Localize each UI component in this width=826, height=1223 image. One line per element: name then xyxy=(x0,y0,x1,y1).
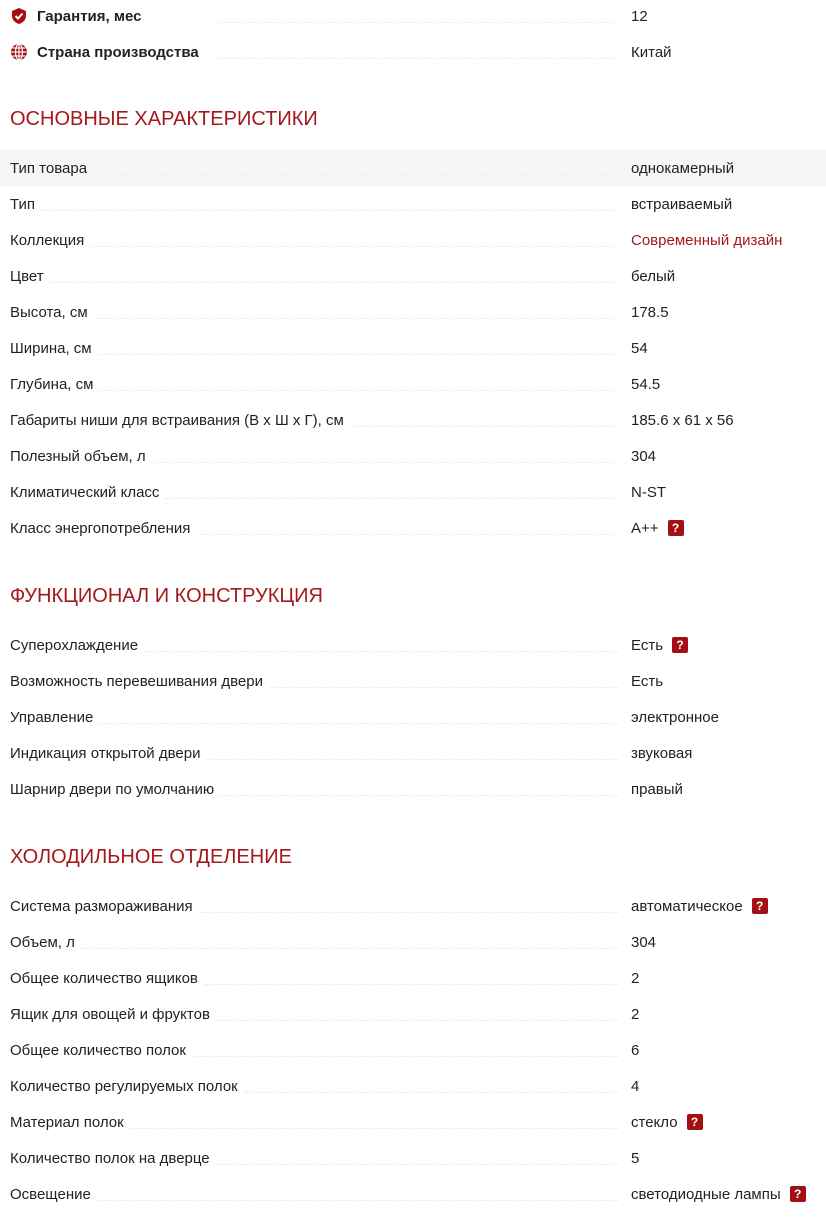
spec-label: Общее количество полок xyxy=(10,1042,192,1059)
dotted-leader xyxy=(10,354,618,355)
spec-value: 304 xyxy=(631,934,656,951)
spec-label: Ширина, см xyxy=(10,340,98,357)
spec-value: 54.5 xyxy=(631,376,660,393)
dotted-leader xyxy=(10,174,618,175)
help-icon[interactable]: ? xyxy=(790,1186,806,1202)
spec-row: Полезный объем, л304 xyxy=(0,438,826,474)
spec-value: Есть xyxy=(631,637,663,654)
spec-row: КоллекцияСовременный дизайн xyxy=(0,222,826,258)
spec-label: Система размораживания xyxy=(10,898,199,915)
spec-row: Габариты ниши для встраивания (В х Ш х Г… xyxy=(0,402,826,438)
spec-label: Количество регулируемых полок xyxy=(10,1078,244,1095)
dotted-leader xyxy=(10,390,618,391)
dotted-leader xyxy=(10,246,618,247)
spec-value: 185.6 x 61 x 56 xyxy=(631,412,734,429)
spec-value: 4 xyxy=(631,1078,639,1095)
spec-row: Типвстраиваемый xyxy=(0,186,826,222)
spec-label: Климатический класс xyxy=(10,484,165,501)
spec-value: 178.5 xyxy=(631,304,669,321)
globe-icon xyxy=(10,43,28,61)
dotted-leader xyxy=(10,318,618,319)
spec-label: Тип товара xyxy=(10,160,93,177)
spec-row: Ширина, см54 xyxy=(0,330,826,366)
spec-value-with-help: стекло? xyxy=(631,1114,703,1131)
section-function: ФУНКЦИОНАЛ И КОНСТРУКЦИЯ xyxy=(0,581,826,611)
help-icon[interactable]: ? xyxy=(752,898,768,914)
spec-row: Материал полокстекло? xyxy=(0,1104,826,1140)
spec-value: Китай xyxy=(631,44,672,61)
spec-value-with-help: автоматическое? xyxy=(631,898,768,915)
section-title: ХОЛОДИЛЬНОЕ ОТДЕЛЕНИЕ xyxy=(0,842,826,872)
spec-label: Количество полок на дверце xyxy=(10,1150,216,1167)
spec-label: Управление xyxy=(10,709,99,726)
spec-label: Цвет xyxy=(10,268,50,285)
spec-value: автоматическое xyxy=(631,898,743,915)
spec-value: стекло xyxy=(631,1114,678,1131)
spec-row: Управлениеэлектронное xyxy=(0,699,826,735)
dotted-leader xyxy=(10,948,618,949)
spec-value: A++ xyxy=(631,520,659,537)
spec-label: Суперохлаждение xyxy=(10,637,144,654)
spec-value-with-help: светодиодные лампы? xyxy=(631,1186,806,1203)
section-function-rows: СуперохлаждениеЕсть? Возможность перевеш… xyxy=(0,627,826,807)
dotted-leader xyxy=(10,723,618,724)
spec-row: Шарнир двери по умолчаниюправый xyxy=(0,771,826,807)
spec-label: Освещение xyxy=(10,1186,97,1203)
spec-row: Общее количество полок6 xyxy=(0,1032,826,1068)
spec-value: 5 xyxy=(631,1150,639,1167)
spec-value: Есть xyxy=(631,673,663,690)
spec-row-country: Страна производства Китай xyxy=(0,34,826,70)
spec-value: встраиваемый xyxy=(631,196,732,213)
spec-value-with-help: Есть? xyxy=(631,637,688,654)
help-icon[interactable]: ? xyxy=(668,520,684,536)
spec-row: Глубина, см54.5 xyxy=(0,366,826,402)
spec-value: 54 xyxy=(631,340,648,357)
spec-row: Высота, см178.5 xyxy=(0,294,826,330)
shield-check-icon xyxy=(10,7,28,25)
spec-value-with-help: A++? xyxy=(631,520,684,537)
collection-link[interactable]: Современный дизайн xyxy=(631,232,782,249)
spec-value: правый xyxy=(631,781,683,798)
spec-row: Общее количество ящиков2 xyxy=(0,960,826,996)
spec-row: Климатический классN-ST xyxy=(0,474,826,510)
spec-label: Глубина, см xyxy=(10,376,99,393)
spec-row: СуперохлаждениеЕсть? xyxy=(0,627,826,663)
spec-value: 6 xyxy=(631,1042,639,1059)
spec-row: Класс энергопотребленияA++? xyxy=(0,510,826,546)
section-fridge-rows: Система размораживанияавтоматическое? Об… xyxy=(0,888,826,1212)
spec-value: звуковая xyxy=(631,745,692,762)
spec-label: Коллекция xyxy=(10,232,90,249)
spec-value: 2 xyxy=(631,1006,639,1023)
help-icon[interactable]: ? xyxy=(687,1114,703,1130)
spec-value: электронное xyxy=(631,709,719,726)
spec-label: Индикация открытой двери xyxy=(10,745,206,762)
spec-row: Объем, л304 xyxy=(0,924,826,960)
help-icon[interactable]: ? xyxy=(672,637,688,653)
spec-row: Ящик для овощей и фруктов2 xyxy=(0,996,826,1032)
spec-label: Возможность перевешивания двери xyxy=(10,673,269,690)
spec-row: Индикация открытой дверизвуковая xyxy=(0,735,826,771)
spec-label: Объем, л xyxy=(10,934,81,951)
spec-label: Гарантия, мес xyxy=(37,8,141,25)
spec-value: 12 xyxy=(631,8,648,25)
spec-label: Габариты ниши для встраивания (В х Ш х Г… xyxy=(10,412,350,429)
spec-value: однокамерный xyxy=(631,160,734,177)
section-title: ФУНКЦИОНАЛ И КОНСТРУКЦИЯ xyxy=(0,581,826,611)
spec-label: Высота, см xyxy=(10,304,94,321)
spec-label: Полезный объем, л xyxy=(10,448,152,465)
spec-label: Общее количество ящиков xyxy=(10,970,204,987)
spec-row: Система размораживанияавтоматическое? xyxy=(0,888,826,924)
dotted-leader xyxy=(10,1200,618,1201)
section-title: ОСНОВНЫЕ ХАРАКТЕРИСТИКИ xyxy=(0,104,826,134)
section-main: ОСНОВНЫЕ ХАРАКТЕРИСТИКИ xyxy=(0,104,826,134)
spec-label: Материал полок xyxy=(10,1114,130,1131)
dotted-leader xyxy=(10,210,618,211)
spec-value: N-ST xyxy=(631,484,666,501)
spec-value: светодиодные лампы xyxy=(631,1186,781,1203)
spec-row: Тип товараоднокамерный xyxy=(0,150,826,186)
section-fridge: ХОЛОДИЛЬНОЕ ОТДЕЛЕНИЕ xyxy=(0,842,826,872)
spec-value: 304 xyxy=(631,448,656,465)
spec-label: Страна производства xyxy=(37,44,199,61)
spec-row: Возможность перевешивания двериЕсть xyxy=(0,663,826,699)
spec-row: Цветбелый xyxy=(0,258,826,294)
spec-label: Ящик для овощей и фруктов xyxy=(10,1006,216,1023)
spec-row: Количество полок на дверце5 xyxy=(0,1140,826,1176)
spec-value: 2 xyxy=(631,970,639,987)
spec-row: Освещениесветодиодные лампы? xyxy=(0,1176,826,1212)
spec-top: Гарантия, мес 12 Страна производства Кит… xyxy=(0,0,826,70)
spec-label: Тип xyxy=(10,196,41,213)
dotted-leader xyxy=(218,22,618,23)
section-main-rows: Тип товараоднокамерный Типвстраиваемый К… xyxy=(0,150,826,546)
spec-label: Шарнир двери по умолчанию xyxy=(10,781,220,798)
spec-row-warranty: Гарантия, мес 12 xyxy=(0,0,826,34)
spec-label: Класс энергопотребления xyxy=(10,520,196,537)
dotted-leader xyxy=(10,282,618,283)
dotted-leader xyxy=(218,58,618,59)
spec-row: Количество регулируемых полок4 xyxy=(0,1068,826,1104)
spec-value: белый xyxy=(631,268,675,285)
